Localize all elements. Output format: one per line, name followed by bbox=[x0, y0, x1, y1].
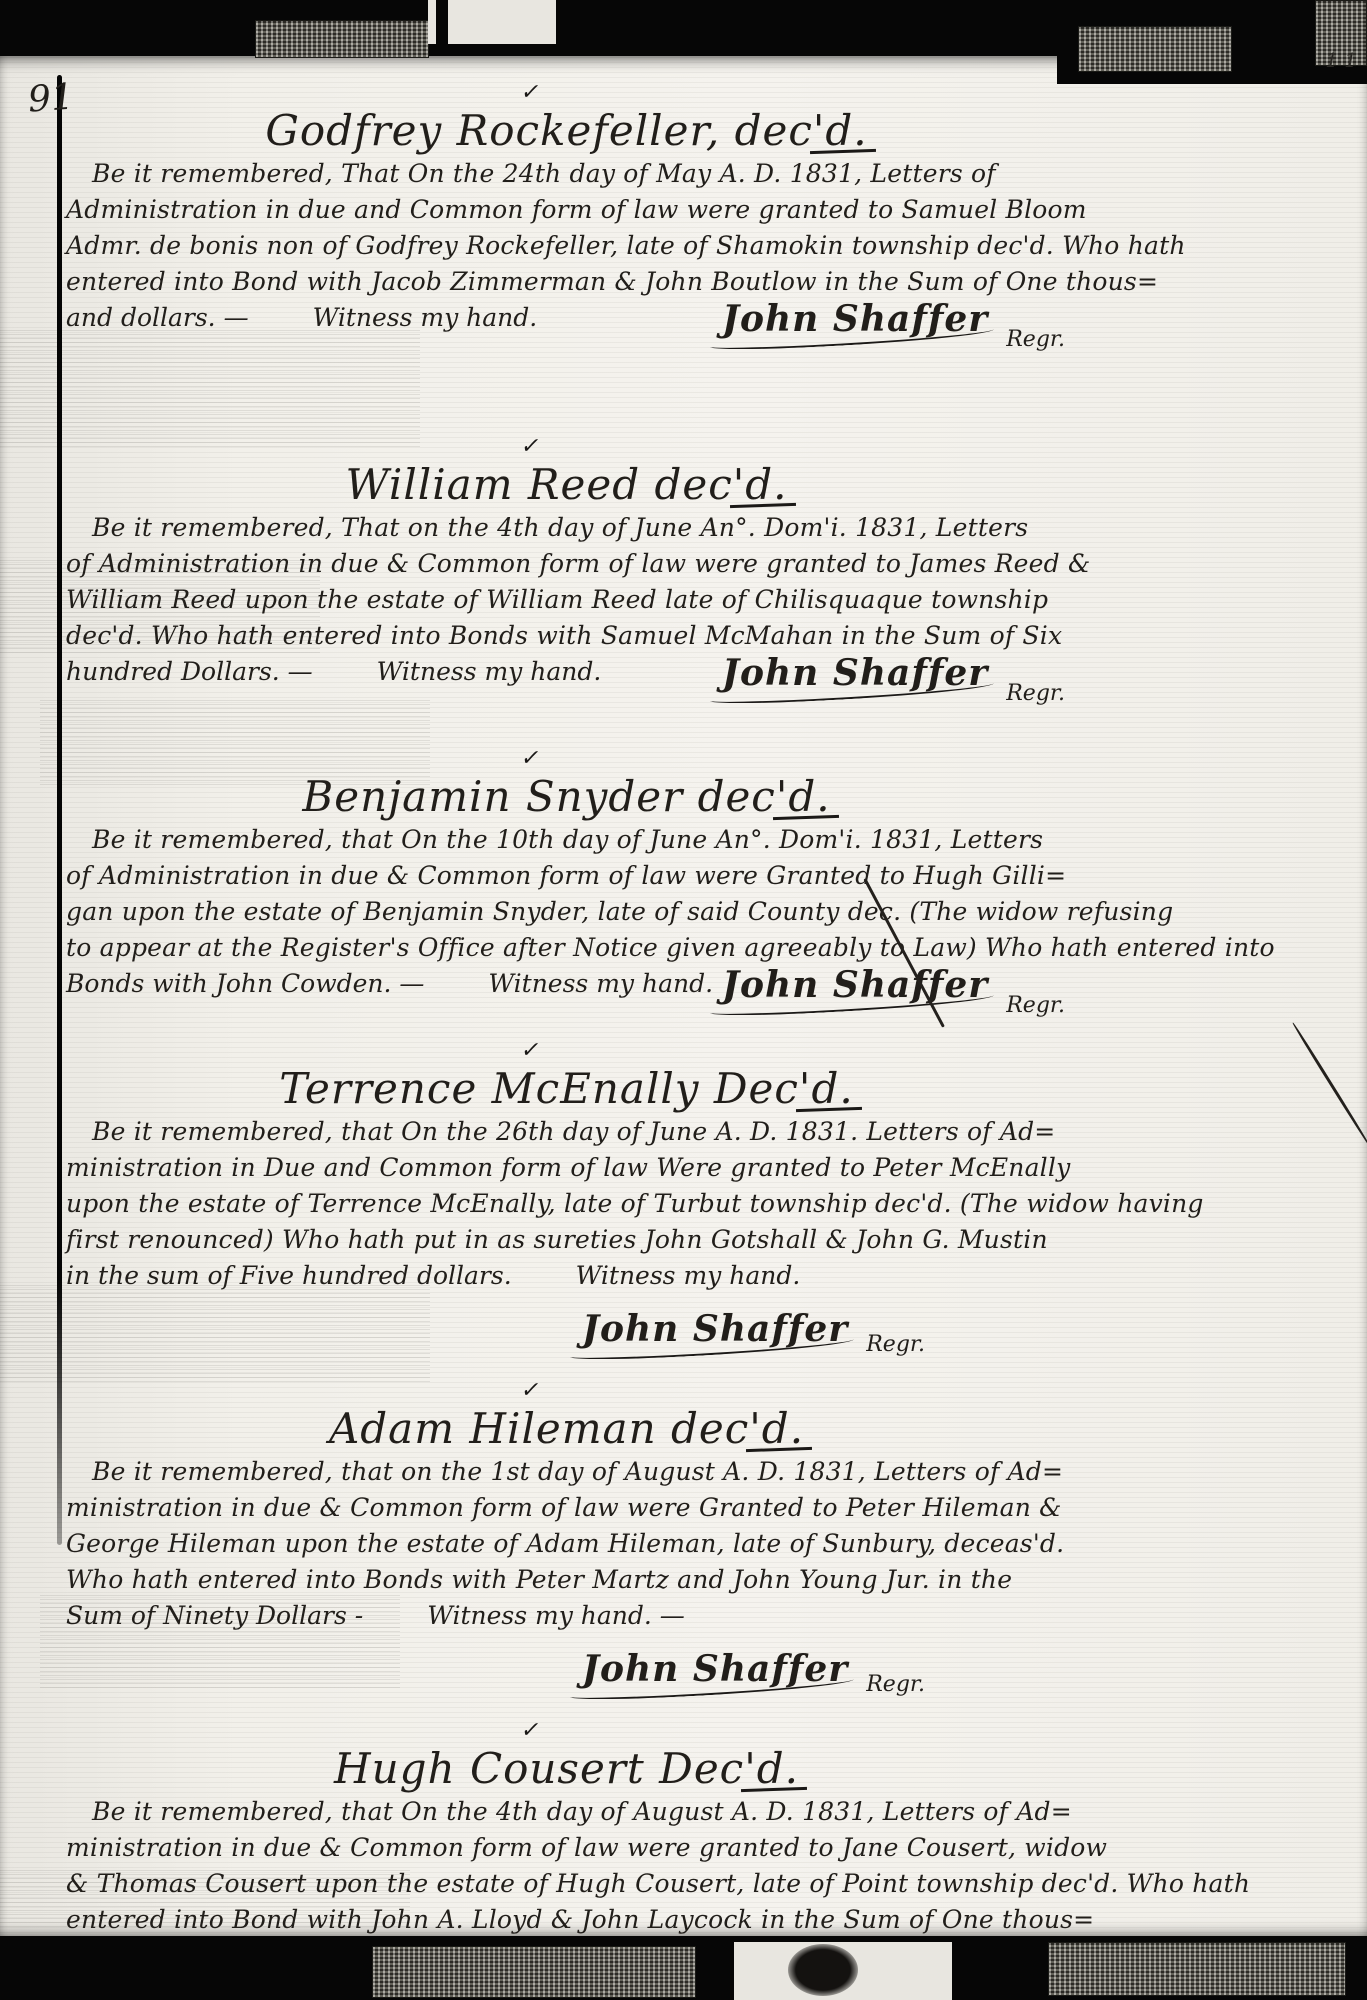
entry-william-reed: ✓ William Reed dec'd. Be it remembered, … bbox=[66, 436, 1075, 706]
signature-block: John Shaffer Regr. bbox=[722, 654, 1075, 692]
register-signature: John Shaffer bbox=[582, 1650, 848, 1688]
signature-block: John Shaffer Regr. bbox=[722, 966, 1075, 1004]
page-number: 91 bbox=[27, 76, 76, 120]
corner-marks: 1 1 bbox=[1325, 48, 1357, 72]
witness-text: Witness my hand. bbox=[576, 1258, 801, 1294]
check-mark-icon: ✓ bbox=[23, 82, 1037, 106]
check-mark-icon: ✓ bbox=[23, 1380, 1037, 1404]
signature-title: Regr. bbox=[1006, 322, 1065, 358]
closing-text: and dollars. — bbox=[66, 300, 249, 336]
entry-line: ministration in due & Common form of law… bbox=[66, 1490, 1075, 1526]
signature-title: Regr. bbox=[866, 1332, 925, 1357]
entry-terrence-mcenally: ✓ Terrence McEnally Dec'd. Be it remembe… bbox=[66, 1040, 1075, 1374]
entry-line: ministration in due & Common form of law… bbox=[66, 1830, 1075, 1866]
entry-line: Who hath entered into Bonds with Peter M… bbox=[66, 1562, 1075, 1598]
cloth-texture-patch bbox=[372, 1946, 696, 1998]
register-entries: ✓ Godfrey Rockefeller, dec'd. Be it reme… bbox=[66, 56, 1075, 1990]
entry-line: Be it remembered, That on the 4th day of… bbox=[66, 510, 1075, 546]
book-binding-edge bbox=[57, 75, 62, 1545]
register-signature: John Shaffer bbox=[722, 966, 988, 1004]
entry-title: Terrence McEnally Dec'd. bbox=[66, 1064, 1075, 1114]
entry-title: Adam Hileman dec'd. bbox=[66, 1404, 1075, 1454]
signature-title: Regr. bbox=[866, 1672, 925, 1697]
register-signature: John Shaffer bbox=[722, 654, 988, 692]
entry-benjamin-snyder: ✓ Benjamin Snyder dec'd. Be it remembere… bbox=[66, 748, 1075, 1018]
entry-closing-row: hundred Dollars. — Witness my hand. John… bbox=[66, 654, 1075, 706]
cloth-texture-patch bbox=[1048, 1942, 1346, 1996]
entry-line: Be it remembered, that On the 10th day o… bbox=[66, 822, 1075, 858]
entry-line: gan upon the estate of Benjamin Snyder, … bbox=[66, 894, 1075, 930]
entry-title: Benjamin Snyder dec'd. bbox=[66, 772, 1075, 822]
closing-text: Bonds with John Cowden. — bbox=[66, 966, 424, 1002]
witness-text: Witness my hand. bbox=[377, 654, 602, 690]
entry-title: Hugh Cousert Dec'd. bbox=[66, 1744, 1075, 1794]
entry-line: dec'd. Who hath entered into Bonds with … bbox=[66, 618, 1075, 654]
entry-closing-row: Sum of Ninety Dollars - Witness my hand.… bbox=[66, 1598, 1075, 1650]
entry-line: entered into Bond with John A. Lloyd & J… bbox=[66, 1902, 1075, 1938]
entry-title: William Reed dec'd. bbox=[66, 460, 1075, 510]
entry-line: Be it remembered, That On the 24th day o… bbox=[66, 156, 1075, 192]
check-mark-icon: ✓ bbox=[23, 748, 1037, 772]
entry-line: ministration in Due and Common form of l… bbox=[66, 1150, 1075, 1186]
entry-line: George Hileman upon the estate of Adam H… bbox=[66, 1526, 1075, 1562]
entry-adam-hileman: ✓ Adam Hileman dec'd. Be it remembered, … bbox=[66, 1380, 1075, 1714]
signature-title: Regr. bbox=[1006, 676, 1065, 712]
witness-text: Witness my hand. bbox=[488, 966, 713, 1002]
entry-line: first renounced) Who hath put in as sure… bbox=[66, 1222, 1075, 1258]
entry-line: & Thomas Cousert upon the estate of Hugh… bbox=[66, 1866, 1075, 1902]
check-mark-icon: ✓ bbox=[23, 1040, 1037, 1064]
witness-text: Witness my hand. bbox=[313, 300, 538, 336]
cloth-texture-patch bbox=[1078, 26, 1232, 72]
signature-block: John Shaffer Regr. bbox=[722, 300, 1075, 338]
entry-line: of Administration in due & Common form o… bbox=[66, 858, 1075, 894]
entry-line: Be it remembered, that on the 1st day of… bbox=[66, 1454, 1075, 1490]
closing-text: hundred Dollars. — bbox=[66, 654, 313, 690]
entry-line: Administration in due and Common form of… bbox=[66, 192, 1075, 228]
entry-line: of Administration in due & Common form o… bbox=[66, 546, 1075, 582]
witness-text: Witness my hand. — bbox=[427, 1598, 685, 1634]
entry-line: Be it remembered, that On the 4th day of… bbox=[66, 1794, 1075, 1830]
entry-line: to appear at the Register's Office after… bbox=[66, 930, 1075, 966]
signature-row: John Shaffer Regr. bbox=[66, 1650, 1075, 1714]
check-mark-icon: ✓ bbox=[23, 436, 1037, 460]
cloth-texture-patch bbox=[255, 20, 429, 58]
register-signature: John Shaffer bbox=[582, 1310, 848, 1348]
entry-closing-row: and dollars. — Witness my hand. John Sha… bbox=[66, 300, 1075, 352]
scan-blob bbox=[788, 1944, 858, 1996]
signature-title: Regr. bbox=[1006, 988, 1065, 1024]
entry-line: Be it remembered, that On the 26th day o… bbox=[66, 1114, 1075, 1150]
scan-notch-strip bbox=[436, 0, 448, 54]
entry-closing-row: in the sum of Five hundred dollars. Witn… bbox=[66, 1258, 1075, 1310]
closing-text: in the sum of Five hundred dollars. bbox=[66, 1258, 512, 1294]
entry-godfrey-rockefeller: ✓ Godfrey Rockefeller, dec'd. Be it reme… bbox=[66, 82, 1075, 352]
register-signature: John Shaffer bbox=[722, 300, 988, 338]
entry-title: Godfrey Rockefeller, dec'd. bbox=[66, 106, 1075, 156]
entry-line: upon the estate of Terrence McEnally, la… bbox=[66, 1186, 1075, 1222]
entry-line: Admr. de bonis non of Godfrey Rockefelle… bbox=[66, 228, 1075, 264]
closing-text: Sum of Ninety Dollars - bbox=[66, 1598, 363, 1634]
entry-line: entered into Bond with Jacob Zimmerman &… bbox=[66, 264, 1075, 300]
signature-row: John Shaffer Regr. bbox=[66, 1310, 1075, 1374]
entry-line: William Reed upon the estate of William … bbox=[66, 582, 1075, 618]
check-mark-icon: ✓ bbox=[23, 1720, 1037, 1744]
